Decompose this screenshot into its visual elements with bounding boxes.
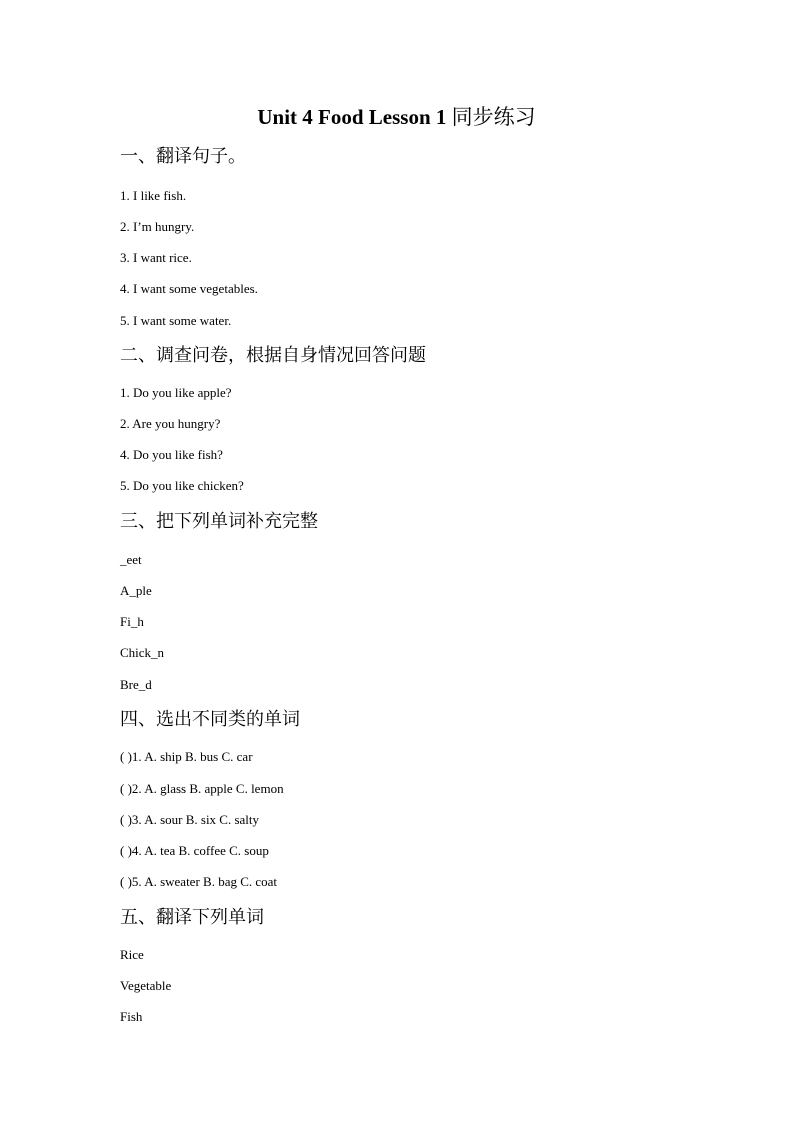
exercise-item: ( )1. A. ship B. bus C. car [120, 748, 253, 766]
exercise-item: 2. Are you hungry? [120, 415, 220, 433]
exercise-item: 1. Do you like apple? [120, 384, 232, 402]
exercise-item: 4. Do you like fish? [120, 446, 223, 464]
exercise-item: Fi_h [120, 613, 144, 631]
title-chinese: 同步练习 [452, 105, 536, 129]
exercise-item: ( )3. A. sour B. six C. salty [120, 811, 259, 829]
section-heading: 三、把下列单词补充完整 [120, 510, 318, 534]
title-english: Unit 4 Food Lesson 1 [257, 105, 446, 129]
exercise-item: Rice [120, 946, 144, 964]
exercise-item: 5. Do you like chicken? [120, 477, 244, 495]
exercise-item: Vegetable [120, 977, 171, 995]
section-heading: 一、翻译句子。 [120, 145, 246, 169]
exercise-item: Fish [120, 1008, 142, 1026]
section-heading: 二、调查问卷，根据自身情况回答问题 [120, 344, 426, 368]
exercise-item: ( )5. A. sweater B. bag C. coat [120, 873, 277, 891]
exercise-item: Chick_n [120, 644, 164, 662]
exercise-item: A_ple [120, 582, 152, 600]
section-heading: 五、翻译下列单词 [120, 906, 264, 930]
exercise-item: ( )2. A. glass B. apple C. lemon [120, 780, 284, 798]
exercise-item: ( )4. A. tea B. coffee C. soup [120, 842, 269, 860]
exercise-item: _eet [120, 551, 142, 569]
section-heading: 四、选出不同类的单词 [120, 708, 300, 732]
exercise-item: 1. I like fish. [120, 187, 186, 205]
exercise-item: 3. I want rice. [120, 249, 192, 267]
document-title: Unit 4 Food Lesson 1 同步练习 [0, 102, 793, 132]
exercise-item: Bre_d [120, 676, 152, 694]
exercise-item: 5. I want some water. [120, 312, 231, 330]
exercise-item: 2. I’m hungry. [120, 218, 194, 236]
exercise-item: 4. I want some vegetables. [120, 280, 258, 298]
